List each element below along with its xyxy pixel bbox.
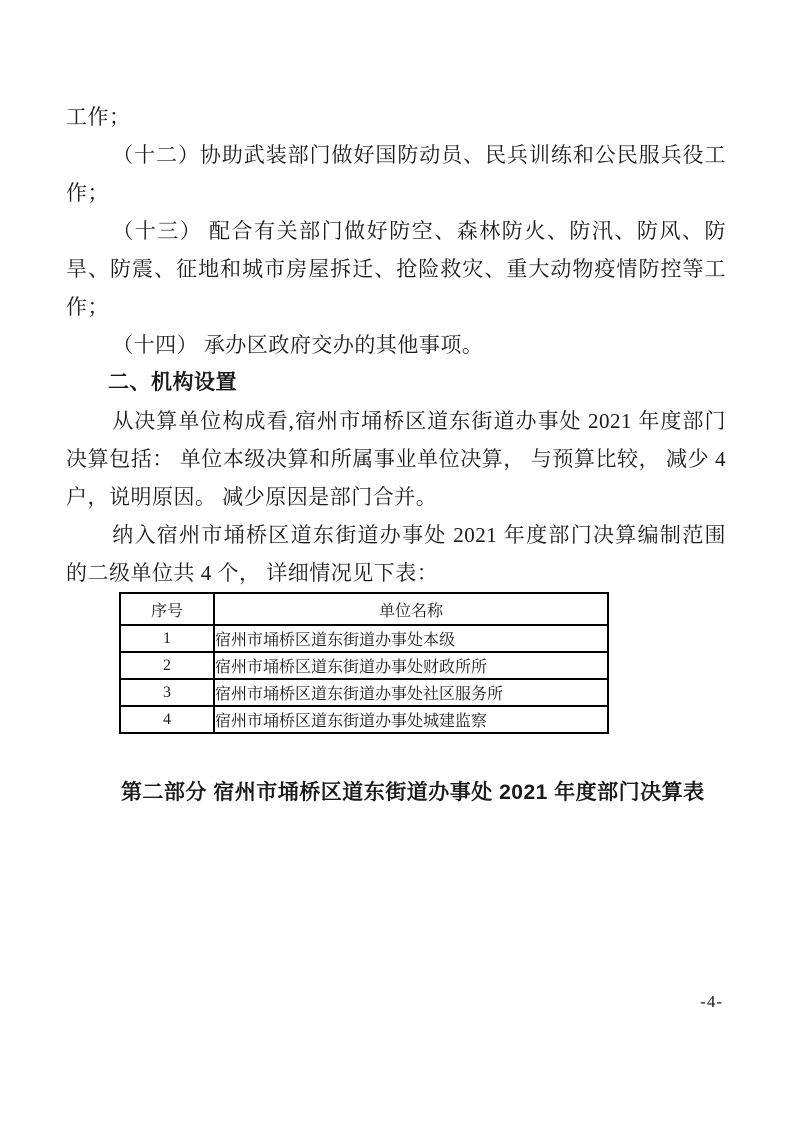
table-cell-sequence: 2 (120, 652, 214, 679)
units-table-body: 1 宿州市埇桥区道东街道办事处本级 2 宿州市埇桥区道东街道办事处财政所所 3 … (120, 625, 608, 733)
units-table-header: 序号 单位名称 (120, 593, 608, 625)
table-cell-unit-name: 宿州市埇桥区道东街道办事处本级 (214, 625, 608, 652)
table-cell-sequence: 1 (120, 625, 214, 652)
units-table: 序号 单位名称 1 宿州市埇桥区道东街道办事处本级 2 宿州市埇桥区道东街道办事… (119, 592, 609, 734)
table-cell-sequence: 4 (120, 706, 214, 733)
table-header-unit-name: 单位名称 (214, 593, 608, 625)
document-page: 工作； （十二）协助武装部门做好国防动员、民兵训练和公民服兵役工作； （十三） … (0, 0, 793, 1122)
table-cell-unit-name: 宿州市埇桥区道东街道办事处城建监察 (214, 706, 608, 733)
paragraph-item-13: （十三） 配合有关部门做好防空、森林防火、防汛、防风、防旱、防震、征地和城市房屋… (66, 212, 726, 326)
section-heading-organization-setup: 二、机构设置 (66, 364, 726, 402)
table-header-sequence: 序号 (120, 593, 214, 625)
page-number: -4- (700, 992, 723, 1012)
table-row: 2 宿州市埇桥区道东街道办事处财政所所 (120, 652, 608, 679)
paragraph-item-14: （十四） 承办区政府交办的其他事项。 (66, 326, 726, 364)
part-two-heading: 第二部分 宿州市埇桥区道东街道办事处 2021 年度部门决算表 (66, 778, 726, 808)
document-content: 工作； （十二）协助武装部门做好国防动员、民兵训练和公民服兵役工作； （十三） … (66, 98, 726, 808)
table-cell-unit-name: 宿州市埇桥区道东街道办事处社区服务所 (214, 679, 608, 706)
paragraph-work-continuation: 工作； (66, 98, 726, 136)
table-row: 4 宿州市埇桥区道东街道办事处城建监察 (120, 706, 608, 733)
table-row: 1 宿州市埇桥区道东街道办事处本级 (120, 625, 608, 652)
paragraph-scope-intro: 纳入宿州市埇桥区道东街道办事处 2021 年度部门决算编制范围的二级单位共 4 … (66, 516, 726, 592)
table-cell-unit-name: 宿州市埇桥区道东街道办事处财政所所 (214, 652, 608, 679)
table-cell-sequence: 3 (120, 679, 214, 706)
table-row: 3 宿州市埇桥区道东街道办事处社区服务所 (120, 679, 608, 706)
table-header-row: 序号 单位名称 (120, 593, 608, 625)
paragraph-item-12: （十二）协助武装部门做好国防动员、民兵训练和公民服兵役工作； (66, 136, 726, 212)
paragraph-org-intro: 从决算单位构成看,宿州市埇桥区道东街道办事处 2021 年度部门决算包括： 单位… (66, 402, 726, 516)
